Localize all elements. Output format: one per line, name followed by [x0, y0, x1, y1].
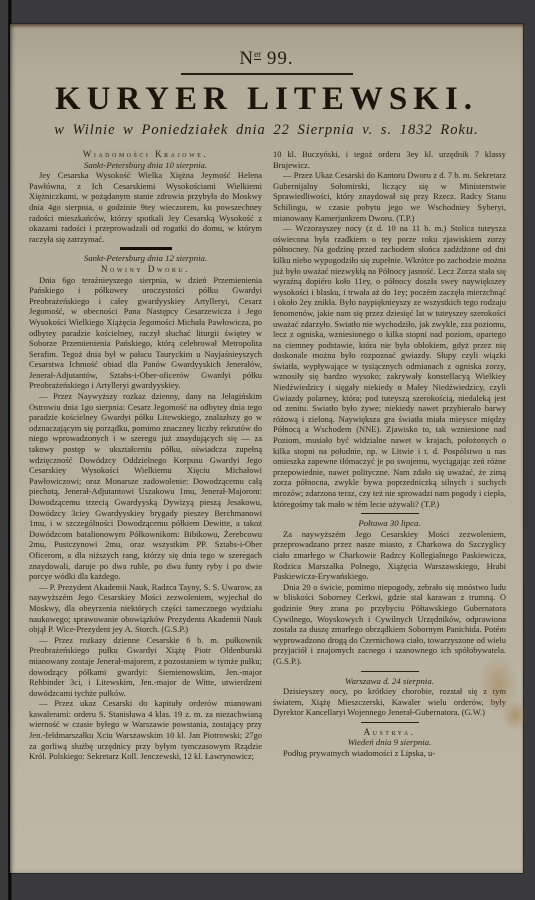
article-paragraph: 10 kl. Buczyński, i tegoż orderu 3ey kl.…	[273, 149, 506, 170]
article-paragraph: Dnia 6go teraźnieyszego sierpnia, w dzie…	[29, 275, 262, 392]
article-paragraph: Dzisieyszey nocy, po krótkiey chorobie, …	[273, 686, 506, 718]
article-dateline: Warszawa d. 24 sierpnia.	[273, 676, 506, 687]
article-dateline: Sankt-Petersburg dnia 10 sierpnia.	[29, 160, 262, 171]
article-section-heading: Wiadomości Krajowe.	[29, 149, 262, 160]
left-column: Wiadomości Krajowe.Sankt-Petersburg dnia…	[29, 149, 262, 762]
section-rule	[361, 722, 419, 723]
masthead: Ner 99. KURYER LITEWSKI. w Wilnie w Poni…	[10, 24, 523, 139]
article-paragraph: — P. Prezydent Akademii Nauk, Radzca Tay…	[29, 582, 262, 635]
section-rule	[361, 671, 419, 672]
section-rule	[361, 513, 419, 514]
issue-number: Ner 99.	[10, 48, 523, 70]
right-column: 10 kl. Buczyński, i tegoż orderu 3ey kl.…	[273, 149, 506, 762]
article-paragraph: Za naywyższém Jego Cesarskiey Mości zezw…	[273, 529, 506, 582]
masthead-rule	[181, 73, 353, 75]
article-columns: Wiadomości Krajowe.Sankt-Petersburg dnia…	[10, 147, 523, 762]
article-paragraph: Jey Cesarska Wysokość Wielka Xiężna Jeym…	[29, 170, 262, 244]
article-paragraph: — Przez Ukaz Cesarski do Kantoru Dworu z…	[273, 170, 506, 223]
newspaper-page: Ner 99. KURYER LITEWSKI. w Wilnie w Poni…	[10, 24, 523, 873]
article-paragraph: — Wczorayszey nocy (z d. 10 na 11 b. m.)…	[273, 223, 506, 509]
newspaper-title: KURYER LITEWSKI.	[10, 81, 523, 118]
article-paragraph: — Przez Naywyższy rozkaz dzienny, dany n…	[29, 391, 262, 582]
article-paragraph: Dnia 20 o świcie, pomimo niepogody, zebr…	[273, 582, 506, 667]
article-section-heading: Austrya.	[273, 727, 506, 738]
article-paragraph: — Przez ukaz Cesarski do kapituły orderó…	[29, 698, 262, 762]
article-dateline: Sankt-Petersburg dnia 12 sierpnia.	[29, 253, 262, 264]
article-dateline: Wiedeń dnia 9 sierpnia.	[273, 737, 506, 748]
newspaper-dateline: w Wilnie w Poniedziałek dnia 22 Sierpnia…	[10, 122, 523, 139]
article-dateline: Połtawa 30 lipca.	[273, 518, 506, 529]
article-paragraph: Podług prywatnych wiadomości z Lipska, u…	[273, 748, 506, 759]
section-rule	[120, 247, 172, 250]
article-paragraph: — Przez rozkazy dzienne Cesarskie 6 b. m…	[29, 635, 262, 699]
article-section-heading: Nowiny Dworu.	[29, 264, 262, 275]
